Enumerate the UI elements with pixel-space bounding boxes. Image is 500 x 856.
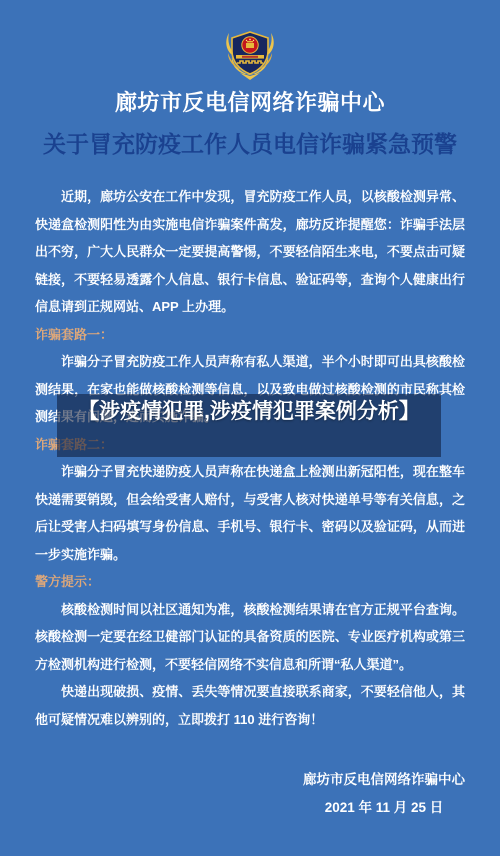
signature-date: 2021 年 11 月 25 日 [303, 794, 465, 822]
police-badge-icon [222, 29, 278, 81]
police-tips-paragraph-2: 快递出现破损、疫情、丢失等情况要直接联系商家，不要轻信他人，其他可疑情况难以辨别… [35, 678, 465, 733]
signature-org: 廊坊市反电信网络诈骗中心 [303, 766, 465, 794]
section2-text: 诈骗分子冒充快递防疫人员声称在快递盒上检测出新冠阳性，现在整车快递需要销毁，但会… [35, 458, 465, 568]
case-analysis-watermark-text: 【涉疫情犯罪,涉疫情犯罪案例分析】 [78, 400, 420, 423]
signature-block: 廊坊市反电信网络诈骗中心 2021 年 11 月 25 日 [303, 766, 465, 822]
notice-body: 近期，廊坊公安在工作中发现，冒充防疫工作人员，以核酸检测异常、快递盒检测阳性为由… [35, 183, 465, 733]
fraud-alert-poster: 廊坊市反电信网络诈骗中心 关于冒充防疫工作人员电信诈骗紧急预警 近期，廊坊公安在… [0, 0, 500, 856]
org-title: 廊坊市反电信网络诈骗中心 [0, 86, 500, 117]
intro-paragraph: 近期，廊坊公安在工作中发现，冒充防疫工作人员，以核酸检测异常、快递盒检测阳性为由… [35, 183, 465, 321]
police-tips-heading: 警方提示： [35, 568, 465, 596]
police-tips-paragraph-1: 核酸检测时间以社区通知为准，核酸检测结果请在官方正规平台查询。核酸检测一定要在经… [35, 596, 465, 679]
section1-heading: 诈骗套路一： [35, 321, 465, 349]
case-analysis-watermark: 【涉疫情犯罪,涉疫情犯罪案例分析】 [57, 394, 441, 457]
notice-title: 关于冒充防疫工作人员电信诈骗紧急预警 [0, 126, 500, 159]
